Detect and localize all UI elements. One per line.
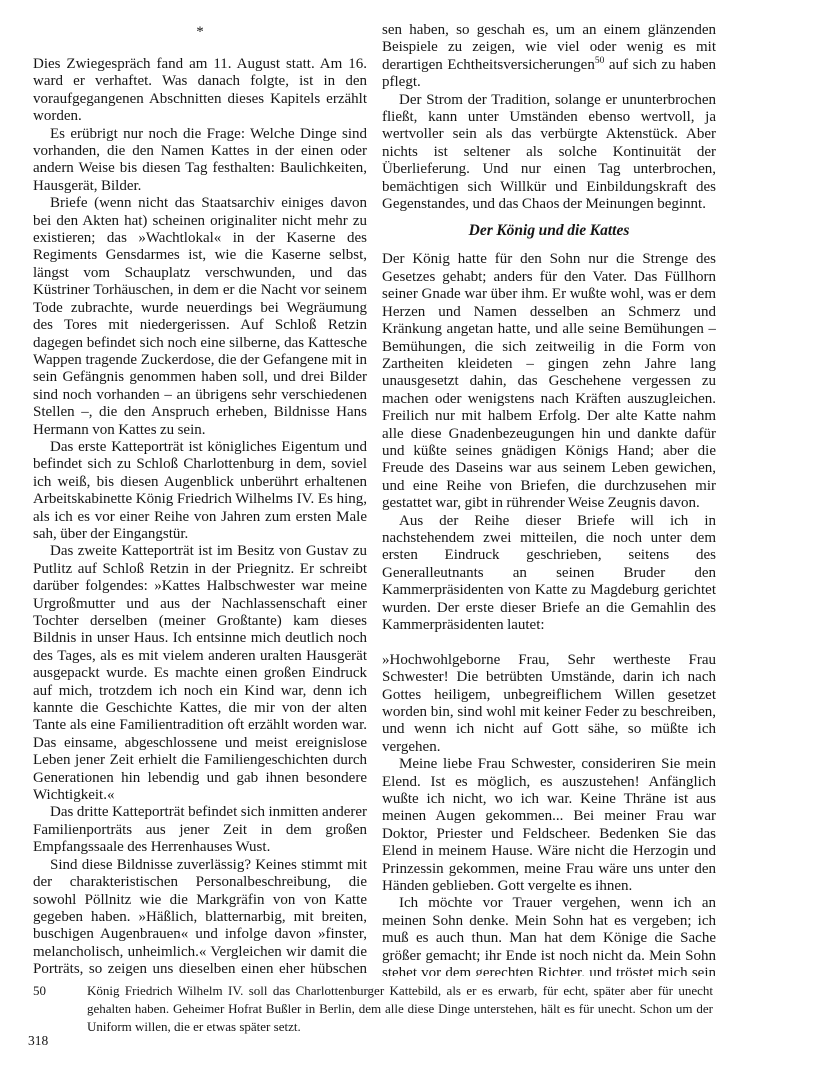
paragraph: Ich möchte vor Trauer vergehen, wenn ich… — [382, 895, 716, 976]
footnote-text: König Friedrich Wilhelm IV. soll das Cha… — [87, 982, 713, 1036]
page-number: 318 — [28, 1033, 48, 1049]
paragraph: Sind diese Bildnisse zuverlässig? Keines… — [33, 857, 367, 976]
right-column: sen haben, so geschah es, um an einem gl… — [382, 22, 716, 976]
section-break-asterisk: * — [33, 24, 367, 41]
paragraph: Meine liebe Frau Schwester, consideriren… — [382, 756, 716, 895]
section-heading: Der König und die Kattes — [382, 222, 716, 240]
paragraph: sen haben, so geschah es, um an einem gl… — [382, 22, 716, 92]
book-page: *Dies Zwiegespräch fand am 11. August st… — [0, 0, 819, 1065]
paragraph: »Hochwohlgeborne Frau, Sehr wertheste Fr… — [382, 652, 716, 756]
footnote-number: 50 — [33, 982, 46, 1000]
footnote-ref: 50 — [595, 56, 605, 66]
paragraph: Briefe (wenn nicht das Staatsarchiv eini… — [33, 195, 367, 439]
footnote: 50 König Friedrich Wilhelm IV. soll das … — [33, 982, 713, 1036]
paragraph: Aus der Reihe dieser Briefe will ich in … — [382, 513, 716, 635]
paragraph: Der König hatte für den Sohn nur die Str… — [382, 251, 716, 512]
paragraph: Das dritte Katteporträt befindet sich in… — [33, 804, 367, 856]
left-column: *Dies Zwiegespräch fand am 11. August st… — [33, 24, 367, 976]
paragraph: Der Strom der Tradition, solange er unun… — [382, 92, 716, 214]
paragraph: Das zweite Katteporträt ist im Besitz vo… — [33, 543, 367, 804]
paragraph: Das erste Katteporträt ist königliches E… — [33, 439, 367, 543]
paragraph: Es erübrigt nur noch die Frage: Welche D… — [33, 126, 367, 196]
paragraph: Dies Zwiegespräch fand am 11. August sta… — [33, 56, 367, 126]
